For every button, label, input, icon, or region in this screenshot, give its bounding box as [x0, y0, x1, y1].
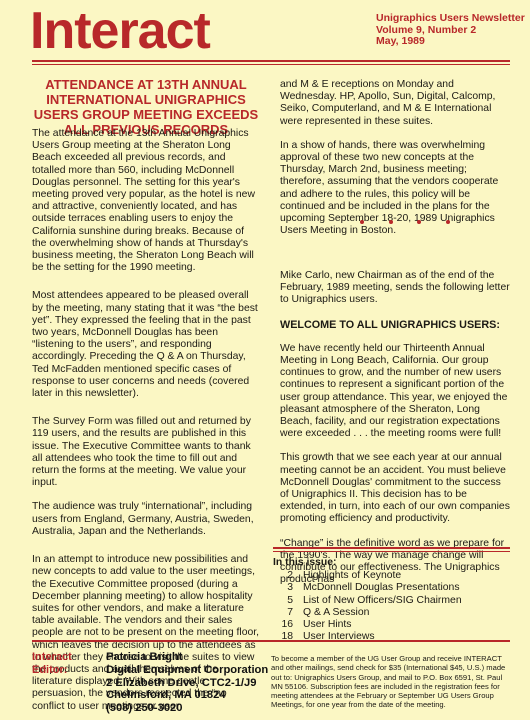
toc-item: 5List of New Officers/SIG Chairmen	[273, 595, 503, 607]
editor-phone: (508) 250-3020	[106, 702, 268, 715]
in-this-issue-title: In this issue:	[273, 557, 503, 569]
newsletter-page: Interact Unigraphics Users Newsletter Vo…	[0, 0, 530, 720]
section-divider-dots	[360, 220, 450, 224]
toc-label: Q & A Session	[303, 607, 369, 619]
toc-page: 5	[273, 595, 303, 607]
newsletter-subtitle: Unigraphics Users Newsletter	[376, 13, 525, 25]
in-this-issue-box: In this issue: 2Highlights of Keynote 3M…	[273, 557, 503, 643]
editor-name: Patricia Bright	[106, 651, 268, 664]
in-this-issue-rule	[273, 547, 510, 552]
article-paragraph: Most attendees appeared to be pleased ov…	[32, 290, 260, 400]
toc-item: 3McDonnell Douglas Presentations	[273, 582, 503, 594]
masthead-title: Interact	[30, 6, 210, 56]
toc-label: McDonnell Douglas Presentations	[303, 582, 460, 594]
divider-dot	[389, 220, 393, 224]
toc-page: 2	[273, 570, 303, 582]
editor-contact: Patricia Bright Digital Equipment Corpor…	[106, 651, 268, 715]
membership-info: To become a member of the UG User Group …	[271, 654, 511, 710]
toc-item: 7Q & A Session	[273, 607, 503, 619]
divider-dot	[417, 220, 421, 224]
toc-page: 3	[273, 582, 303, 594]
letter-heading: WELCOME TO ALL UNIGRAPHICS USERS:	[280, 319, 510, 331]
editor-company: Digital Equipment Corporation	[106, 664, 268, 677]
editor-label: Interact Editor:	[32, 651, 72, 676]
toc-label: User Hints	[303, 619, 352, 631]
letter-paragraph: We have recently held our Thirteenth Ann…	[280, 343, 510, 441]
toc-page: 7	[273, 607, 303, 619]
divider-dot	[446, 220, 450, 224]
letter-paragraph: This growth that we see each year at our…	[280, 452, 510, 525]
article-paragraph: The attendance at the 13th Annual Unigra…	[32, 128, 260, 274]
letter-intro: Mike Carlo, new Chairman as of the end o…	[280, 270, 510, 307]
footer-rule	[32, 640, 510, 642]
masthead-rule	[32, 60, 510, 65]
article-paragraph: The Survey Form was filled out and retur…	[32, 416, 260, 489]
toc-label: Highlights of Keynote	[303, 570, 401, 582]
toc-page: 16	[273, 619, 303, 631]
editor-address-line2: Chelmsford, MA 01824	[106, 689, 268, 702]
divider-dot	[360, 220, 364, 224]
article-paragraph: The audience was truly “international”, …	[32, 501, 260, 538]
editor-label-line: Interact	[32, 651, 72, 664]
editor-address-line1: 2 Elizabeth Drive, CTC2-1/J9	[106, 677, 268, 690]
masthead-info: Unigraphics Users Newsletter Volume 9, N…	[376, 13, 525, 48]
toc-item: 2Highlights of Keynote	[273, 570, 503, 582]
toc-item: 16User Hints	[273, 619, 503, 631]
editor-label-line: Editor:	[32, 664, 72, 677]
left-column: The attendance at the 13th Annual Unigra…	[32, 128, 260, 720]
article-paragraph: and M & E receptions on Monday and Wedne…	[280, 79, 510, 128]
toc-label: List of New Officers/SIG Chairmen	[303, 595, 462, 607]
issue-date: May, 1989	[376, 36, 525, 48]
